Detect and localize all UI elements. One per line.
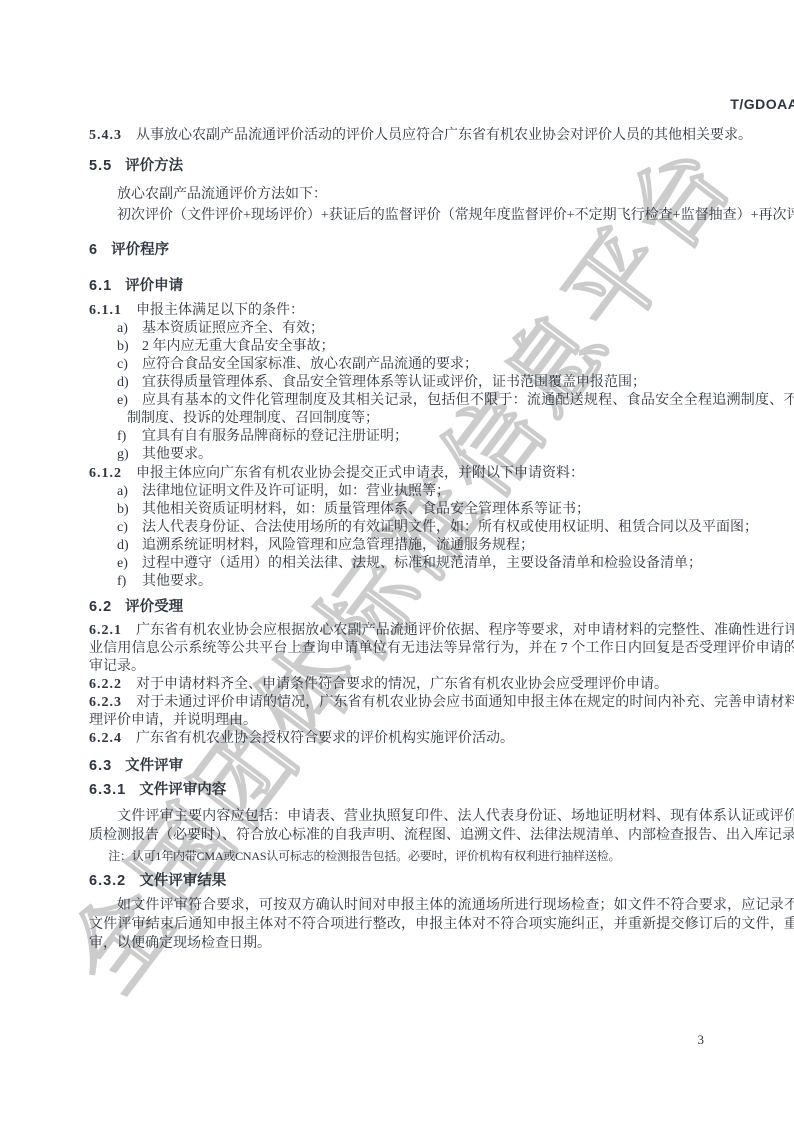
list-item-label: c) [117,356,128,374]
note-6-3-1: 注：认可1年内带CMA或CNAS认可标志的检测报告包括。必要时，评价机构有权利进… [89,848,794,864]
heading-title: 文件评审 [125,758,183,774]
heading-number: 6.3 [89,758,112,774]
section-heading-6-3-1: 6.3.1文件评审内容 [89,782,794,798]
list-item: b)2 年内应无重大食品安全事故； [89,338,794,356]
paragraph-6-3-1: 文件评审主要内容应包括：申请表、营业执照复印件、法人代表身份证、场地证明材料、现… [89,807,794,845]
clause-6-2-4: 6.2.4广东省有机农业协会授权符合要求的评价机构实施评价活动。 [89,730,794,748]
paragraph-6-3-2: 如文件评审符合要求，可按双方确认时间对申报主体的流通场所进行现场检查；如文件不符… [89,896,794,953]
document-page: 全国团体标准信息平台 T/GDOAA 0019—2025 5.4.3从事放心农副… [0,0,794,1123]
list-item-text: 宜具有自有服务品牌商标的登记注册证明； [142,429,408,444]
heading-number: 6 [89,242,98,258]
paragraph-method-intro: 放心农副产品流通评价方法如下： [89,185,794,204]
list-item: a)法律地位证明文件及许可证明，如：营业执照等； [89,483,794,501]
list-item-label: a) [117,320,128,338]
list-item-label: b) [117,338,129,356]
list-item: d)追溯系统证明材料，风险管理和应急管理措施，流通服务规程； [89,537,794,555]
list-item-text: 其他要求。 [142,574,212,589]
heading-number: 6.3.2 [89,873,126,889]
heading-title: 评价申请 [125,278,183,294]
section-heading-6: 6评价程序 [89,242,794,258]
list-item-text: 宜获得质量管理体系、食品安全管理体系等认证或评价，证书范围覆盖申报范围； [142,375,646,390]
clause-text: 申报主体满足以下的条件： [136,303,304,318]
heading-number: 6.3.1 [89,782,126,798]
clause-6-1-2: 6.1.2申报主体应向广东省有机农业协会提交正式申请表，并附以下申请资料： [89,464,794,483]
clause-text: 对于申请材料齐全、申请条件符合要求的情况，广东省有机农业协会应受理评价申请。 [136,677,668,692]
list-item: e)过程中遵守（适用）的相关法律、法规、标准和规范清单，主要设备清单和检验设备清… [89,555,794,573]
clause-number: 6.2.1 [89,623,122,638]
list-item-label: g) [117,446,129,464]
clause-number: 6.2.4 [89,731,122,746]
clause-6-1-1: 6.1.1申报主体满足以下的条件： [89,301,794,320]
clause-text: 广东省有机农业协会授权符合要求的评价机构实施评价活动。 [136,731,514,746]
clause-6-2-2: 6.2.2对于申请材料齐全、申请条件符合要求的情况，广东省有机农业协会应受理评价… [89,676,794,694]
heading-title: 文件评审结果 [139,873,226,889]
clause-text: 申报主体应向广东省有机农业协会提交正式申请表，并附以下申请资料： [136,466,584,481]
list-6-1-2: a)法律地位证明文件及许可证明，如：营业执照等； b)其他相关资质证明材料，如：… [89,483,794,591]
clause-number: 5.4.3 [89,128,122,143]
list-item: a)基本资质证照应齐全、有效； [89,320,794,338]
heading-number: 6.2 [89,599,112,615]
list-item: f)宜具有自有服务品牌商标的登记注册证明； [89,428,794,446]
clause-5-4-3: 5.4.3从事放心农副产品流通评价活动的评价人员应符合广东省有机农业协会对评价人… [89,126,794,145]
section-heading-6-3: 6.3文件评审 [89,758,794,774]
list-item: e)应具有基本的文件化管理制度及其相关记录，包括但不限于：流通配送规程、食品安全… [89,392,794,428]
clause-text: 从事放心农副产品流通评价活动的评价人员应符合广东省有机农业协会对评价人员的其他相… [136,128,752,143]
standard-code-header: T/GDOAA 0019—2025 [89,0,794,112]
clause-number: 6.2.3 [89,695,122,710]
list-6-1-1: a)基本资质证照应齐全、有效； b)2 年内应无重大食品安全事故； c)应符合食… [89,320,794,464]
list-item-label: d) [117,537,129,555]
list-item: c)法人代表身份证、合法使用场所的有效证明文件，如：所有权或使用权证明、租赁合同… [89,519,794,537]
list-item-label: e) [117,392,128,410]
section-heading-5-5: 5.5评价方法 [89,158,794,174]
clause-number: 6.1.2 [89,466,122,481]
list-item-text: 应具有基本的文件化管理制度及其相关记录，包括但不限于：流通配送规程、食品安全全程… [127,393,794,426]
heading-title: 评价受理 [125,599,183,615]
list-item-text: 其他要求。 [142,447,212,462]
list-item-label: e) [117,555,128,573]
section-heading-6-1: 6.1评价申请 [89,278,794,294]
heading-number: 5.5 [89,158,112,174]
clause-6-2-1: 6.2.1广东省有机农业协会应根据放心农副产品流通评价依据、程序等要求，对申请材… [89,622,794,676]
list-item-text: 其他相关资质证明材料，如：质量管理体系、食品安全管理体系等证书； [142,502,590,517]
list-item-label: f) [117,573,126,591]
list-item-text: 基本资质证照应齐全、有效； [142,321,324,336]
heading-title: 评价程序 [111,242,169,258]
list-item-text: 应符合食品安全国家标准、放心农副产品流通的要求； [142,357,478,372]
list-item: g)其他要求。 [89,446,794,464]
list-item: b)其他相关资质证明材料，如：质量管理体系、食品安全管理体系等证书； [89,501,794,519]
list-item: c)应符合食品安全国家标准、放心农副产品流通的要求； [89,356,794,374]
clause-text: 广东省有机农业协会应根据放心农副产品流通评价依据、程序等要求，对申请材料的完整性… [89,623,794,674]
section-heading-6-2: 6.2评价受理 [89,599,794,615]
page-number: 3 [698,1032,705,1048]
list-item: f)其他要求。 [89,573,794,591]
list-item-text: 2 年内应无重大食品安全事故； [142,339,335,354]
list-item-text: 法律地位证明文件及许可证明，如：营业执照等； [142,484,450,499]
list-item-label: f) [117,428,126,446]
heading-title: 文件评审内容 [139,782,226,798]
clause-number: 6.2.2 [89,677,122,692]
list-item-label: b) [117,501,129,519]
clause-text: 对于未通过评价申请的情况，广东省有机农业协会应书面通知申报主体在规定的时间内补充… [89,695,794,728]
list-item-text: 法人代表身份证、合法使用场所的有效证明文件，如：所有权或使用权证明、租赁合同以及… [142,520,758,535]
list-item: d)宜获得质量管理体系、食品安全管理体系等认证或评价，证书范围覆盖申报范围； [89,374,794,392]
list-item-label: d) [117,374,129,392]
list-item-text: 追溯系统证明材料，风险管理和应急管理措施，流通服务规程； [142,538,534,553]
clause-6-2-3: 6.2.3对于未通过评价申请的情况，广东省有机农业协会应书面通知申报主体在规定的… [89,694,794,730]
heading-title: 评价方法 [125,158,183,174]
clause-number: 6.1.1 [89,303,122,318]
list-item-label: a) [117,483,128,501]
paragraph-method-formula: 初次评价（文件评价+现场评价）+获证后的监督评价（常规年度监督评价+不定期飞行检… [89,206,794,225]
section-heading-6-3-2: 6.3.2文件评审结果 [89,873,794,889]
heading-number: 6.1 [89,278,112,294]
list-item-label: c) [117,519,128,537]
list-item-text: 过程中遵守（适用）的相关法律、法规、标准和规范清单，主要设备清单和检验设备清单； [142,556,702,571]
